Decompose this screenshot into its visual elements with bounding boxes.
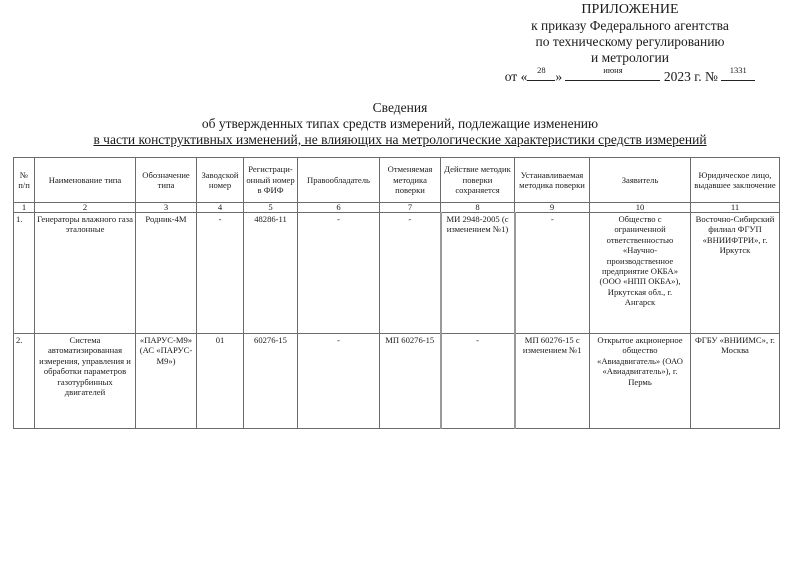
type-name: Генераторы влажного газа эталонные xyxy=(35,213,136,334)
document-heading: Сведения об утвержденных типах средств и… xyxy=(0,100,800,148)
measuring-instruments-table: № п/п Наименование типа Обозначение типа… xyxy=(13,157,780,429)
col-header-new-method: Устанавливаемая методика поверки xyxy=(515,158,590,203)
col-header-kept-method: Действие методик поверки сохраняется xyxy=(441,158,515,203)
kept-method: МИ 2948-2005 (с изменением №1) xyxy=(441,213,515,334)
type-name: Система автоматизированная измерения, уп… xyxy=(35,334,136,429)
heading-line-2: об утвержденных типах средств измерений,… xyxy=(0,116,800,132)
col-number: 8 xyxy=(441,203,515,213)
legal-entity: ФГБУ «ВНИИМС», г. Москва xyxy=(691,334,780,429)
col-number: 9 xyxy=(515,203,590,213)
col-header-applicant: Заявитель xyxy=(590,158,691,203)
col-header-holder: Правообладатель xyxy=(298,158,380,203)
year-text: 2023 г. № xyxy=(664,69,718,84)
col-number: 3 xyxy=(136,203,197,213)
kept-method: - xyxy=(441,334,515,429)
new-method: - xyxy=(515,213,590,334)
row-num: 2. xyxy=(14,334,35,429)
applicant: Общество с ограниченной ответственностью… xyxy=(590,213,691,334)
col-number: 2 xyxy=(35,203,136,213)
month-value: июня xyxy=(565,62,660,78)
table-row: 1. Генераторы влажного газа эталонные Ро… xyxy=(14,213,780,334)
day-value: 28 xyxy=(527,62,555,78)
col-header-legal-entity: Юридическое лицо, выдавшее заключение xyxy=(691,158,780,203)
date-prefix: от « xyxy=(505,69,528,84)
reg-number: 48286-11 xyxy=(244,213,298,334)
rights-holder: - xyxy=(298,334,380,429)
col-number: 1 xyxy=(14,203,35,213)
col-header-num: № п/п xyxy=(14,158,35,203)
appendix-title: ПРИЛОЖЕНИЕ xyxy=(480,2,780,18)
heading-line-1: Сведения xyxy=(0,100,800,116)
header-row: № п/п Наименование типа Обозначение типа… xyxy=(14,158,780,203)
col-number: 7 xyxy=(380,203,441,213)
col-number: 11 xyxy=(691,203,780,213)
appendix-block: ПРИЛОЖЕНИЕ к приказу Федерального агентс… xyxy=(480,2,780,85)
col-header-designation: Обозначение типа xyxy=(136,158,197,203)
col-header-name: Наименование типа xyxy=(35,158,136,203)
col-number: 10 xyxy=(590,203,691,213)
appendix-line-1: к приказу Федерального агентства xyxy=(480,18,780,34)
day-field: 28 xyxy=(527,66,555,81)
col-number: 4 xyxy=(197,203,244,213)
appendix-line-2: по техническому регулированию xyxy=(480,34,780,50)
col-header-reg-number: Регистраци-онный номер в ФИФ xyxy=(244,158,298,203)
type-designation: Родник-4М xyxy=(136,213,197,334)
col-header-serial: Заводской номер xyxy=(197,158,244,203)
heading-line-3: в части конструктивных изменений, не вли… xyxy=(0,132,800,148)
table-row: 2. Система автоматизированная измерения,… xyxy=(14,334,780,429)
row-num: 1. xyxy=(14,213,35,334)
legal-entity: Восточно-Сибирский филиал ФГУП «ВНИИФТРИ… xyxy=(691,213,780,334)
type-designation: «ПАРУС-М9» (АС «ПАРУС-М9») xyxy=(136,334,197,429)
col-header-cancelled-method: Отменяемая методика поверки xyxy=(380,158,441,203)
serial-number: - xyxy=(197,213,244,334)
serial-number: 01 xyxy=(197,334,244,429)
order-date-line: от «28» июня 2023 г. № 1331 xyxy=(480,66,780,85)
reg-number: 60276-15 xyxy=(244,334,298,429)
applicant: Открытое акционерное общество «Авиадвига… xyxy=(590,334,691,429)
order-number-field: 1331 xyxy=(721,66,755,81)
date-mid: » xyxy=(555,69,562,84)
new-method: МП 60276-15 с изменением №1 xyxy=(515,334,590,429)
column-numbers-row: 1 2 3 4 5 6 7 8 9 10 11 xyxy=(14,203,780,213)
month-field: июня xyxy=(565,66,660,81)
col-number: 6 xyxy=(298,203,380,213)
cancelled-method: - xyxy=(380,213,441,334)
order-number-value: 1331 xyxy=(721,62,755,78)
rights-holder: - xyxy=(298,213,380,334)
cancelled-method: МП 60276-15 xyxy=(380,334,441,429)
col-number: 5 xyxy=(244,203,298,213)
